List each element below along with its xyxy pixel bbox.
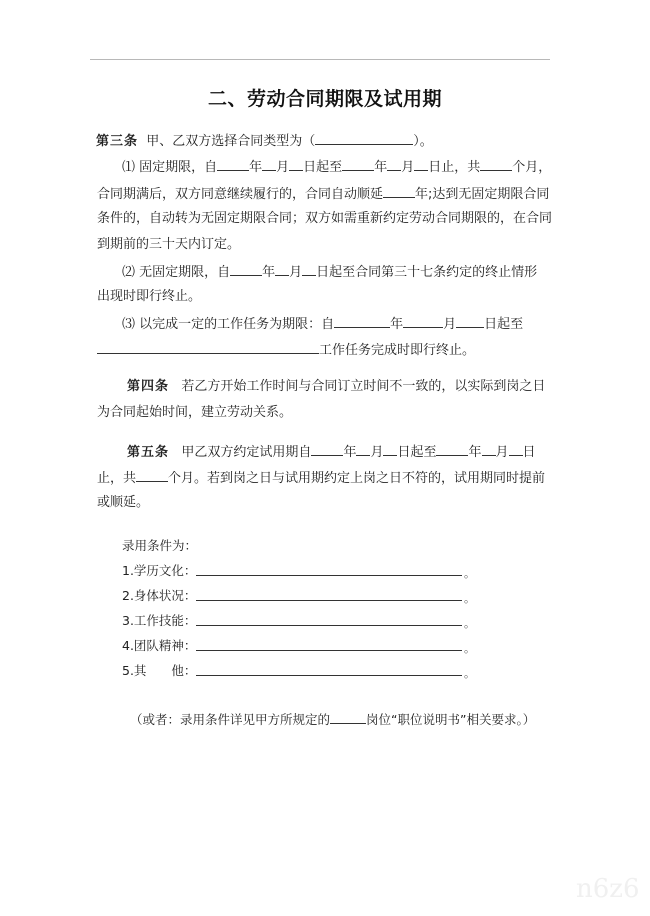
blank[interactable]: [403, 314, 443, 328]
article-3-item-2-line-1: ⑵ 无固定期限，自年月日起至合同第三十七条约定的终止情形: [122, 262, 537, 282]
header-divider: [90, 59, 550, 60]
blank[interactable]: [275, 262, 289, 276]
article-5-line-1: 第五条 甲乙双方约定试用期自年月日起至年月日: [127, 442, 536, 462]
condition-label-other: 5.其 他：: [122, 661, 196, 679]
article-3-item-3-line-1: ⑶ 以完成一定的工作任务为期限：自年月日起至: [122, 314, 523, 334]
blank[interactable]: [387, 157, 401, 171]
article-5-line-3: 或顺延。: [97, 494, 149, 512]
blank[interactable]: [262, 157, 276, 171]
article-3-item-1-line-4: 到期前的三十天内订定。: [97, 236, 240, 254]
task-blank[interactable]: [97, 340, 319, 354]
condition-field-skills[interactable]: [196, 625, 462, 626]
watermark: n6z6: [576, 874, 640, 904]
article-4-line-1: 第四条 若乙方开始工作时间与合同订立时间不一致的，以实际到岗之日: [127, 378, 545, 396]
conditions-heading: 录用条件为：: [122, 536, 197, 554]
blank[interactable]: [480, 157, 512, 171]
condition-field-education[interactable]: [196, 575, 462, 576]
blank[interactable]: [509, 442, 523, 456]
blank[interactable]: [311, 442, 343, 456]
blank[interactable]: [356, 442, 370, 456]
blank[interactable]: [136, 468, 168, 482]
article-3-item-2-line-2: 出现时即行终止。: [97, 288, 201, 306]
article-4-line-2: 为合同起始时间，建立劳动关系。: [97, 404, 292, 422]
blank[interactable]: [436, 442, 468, 456]
blank[interactable]: [342, 157, 374, 171]
article-5-heading: 第五条: [127, 445, 169, 460]
condition-field-health[interactable]: [196, 600, 462, 601]
article-4-heading: 第四条: [127, 379, 169, 394]
blank[interactable]: [383, 442, 397, 456]
blank[interactable]: [456, 314, 484, 328]
article-3-item-1-line-2: 合同期满后，双方同意继续履行的，合同自动顺延年;达到无固定期限合同: [97, 184, 549, 204]
blank[interactable]: [302, 262, 316, 276]
position-blank[interactable]: [330, 710, 366, 724]
condition-field-other[interactable]: [196, 675, 462, 676]
article-3-heading: 第三条: [96, 134, 138, 149]
condition-label-teamwork: 4.团队精神：: [122, 636, 196, 654]
blank[interactable]: [414, 157, 428, 171]
blank[interactable]: [289, 157, 303, 171]
section-title: 二、劳动合同期限及试用期: [0, 84, 650, 111]
article-3-item-1-line-1: ⑴ 固定期限，自年月日起至年月日止，共个月，: [122, 157, 551, 177]
contract-type-blank[interactable]: [315, 131, 413, 145]
blank[interactable]: [383, 184, 415, 198]
condition-field-teamwork[interactable]: [196, 650, 462, 651]
blank[interactable]: [334, 314, 390, 328]
condition-label-health: 2.身体状况：: [122, 586, 196, 604]
conditions-note: （或者：录用条件详见甲方所规定的岗位“职位说明书”相关要求。）: [130, 710, 535, 729]
blank[interactable]: [482, 442, 496, 456]
article-3-item-3-line-2: 工作任务完成时即行终止。: [97, 340, 475, 360]
article-3-item-1-line-3: 条件的，自动转为无固定期限合同；双方如需重新约定劳动合同期限的，在合同: [97, 210, 552, 228]
article-3-intro: 第三条 甲、乙双方选择合同类型为（）。: [96, 131, 433, 151]
blank[interactable]: [230, 262, 262, 276]
condition-label-education: 1.学历文化：: [122, 561, 196, 579]
article-5-line-2: 止，共个月。若到岗之日与试用期约定上岗之日不符的，试用期同时提前: [97, 468, 545, 488]
blank[interactable]: [217, 157, 249, 171]
condition-label-skills: 3.工作技能：: [122, 611, 196, 629]
